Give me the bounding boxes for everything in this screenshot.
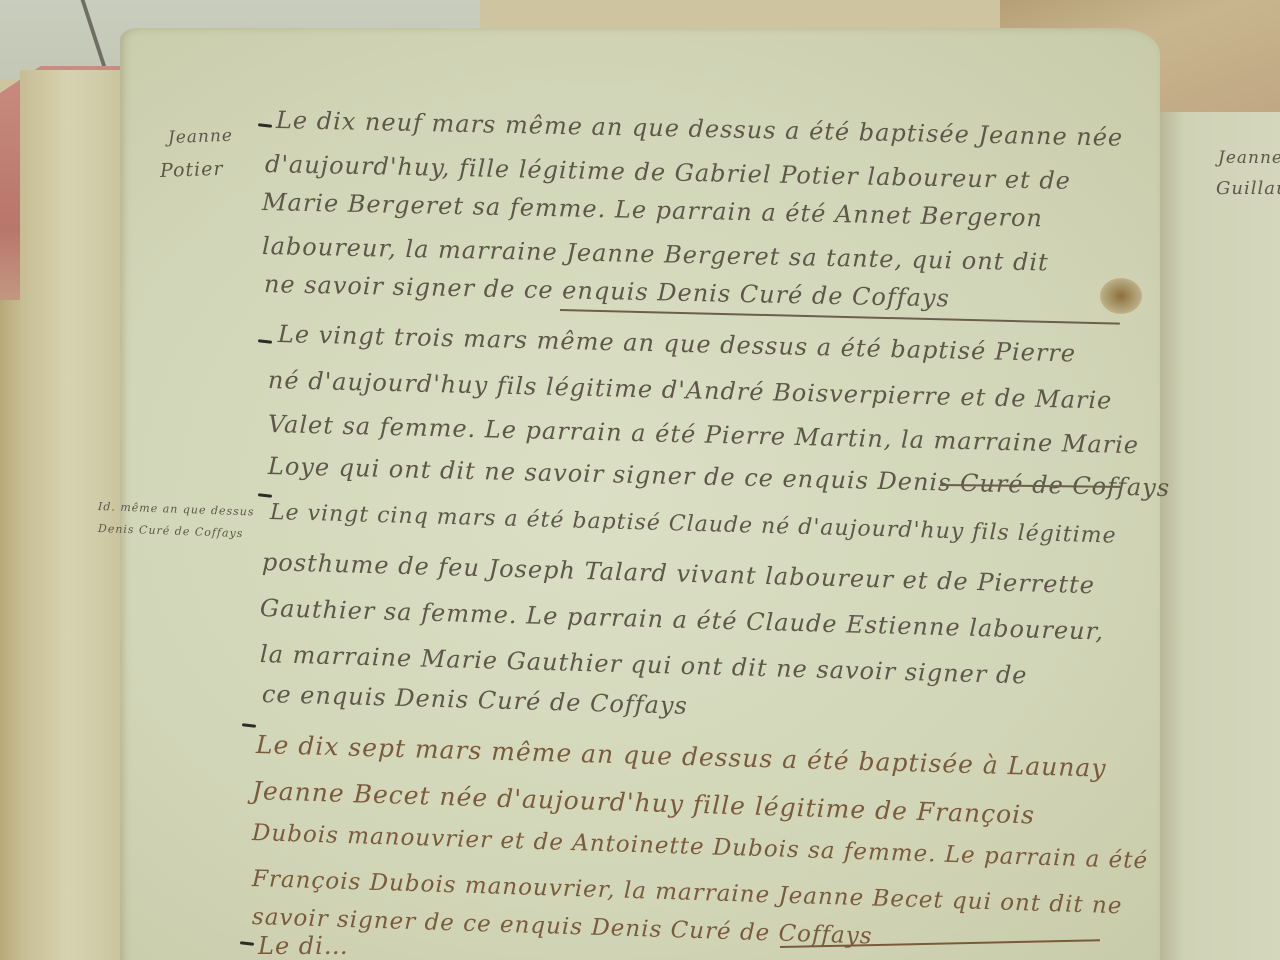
ink-stain (1100, 278, 1142, 314)
next-page-margin-last: Guillau (1216, 178, 1280, 199)
next-entry-fragment: Le di… (258, 932, 349, 960)
next-page-margin-first: Jeanne (1218, 148, 1280, 168)
margin-note-name-first: Jeanne (168, 126, 234, 148)
margin-note-name-last: Potier (160, 158, 224, 182)
next-page-edge (1158, 112, 1280, 960)
